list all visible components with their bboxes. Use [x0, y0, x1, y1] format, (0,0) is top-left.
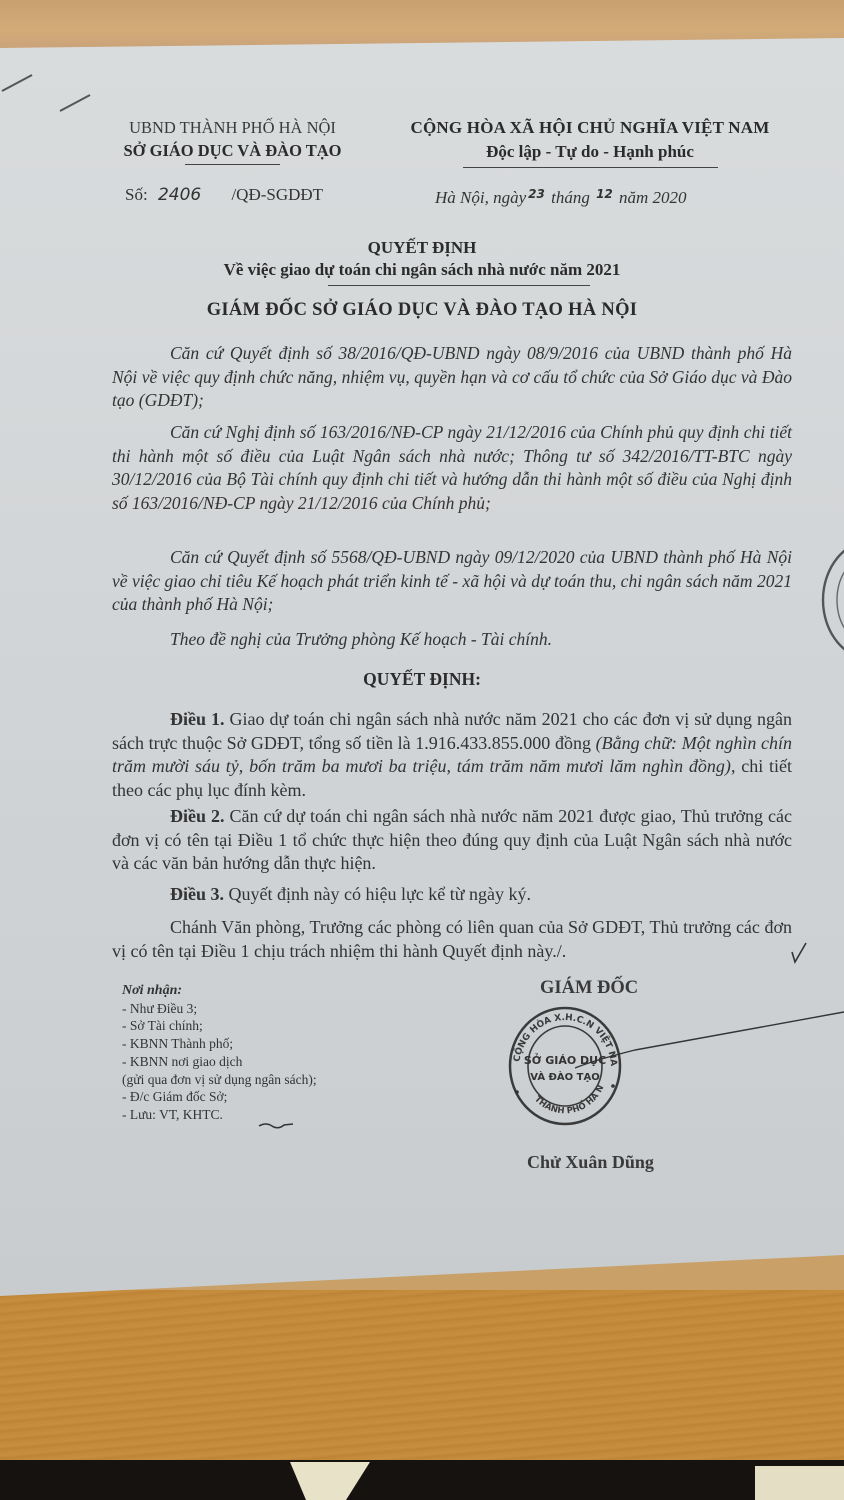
signer-name: Chử Xuân Dũng — [527, 1152, 654, 1173]
document-type: QUYẾT ĐỊNH — [0, 238, 844, 258]
decision-document: UBND THÀNH PHỐ HÀ NỘI SỞ GIÁO DỤC VÀ ĐÀO… — [0, 0, 844, 1500]
nation-name: CỘNG HÒA XÃ HỘI CHỦ NGHĨA VIỆT NAM — [385, 116, 795, 140]
preamble-item: Căn cứ Quyết định số 5568/QĐ-UBND ngày 0… — [112, 546, 792, 617]
divider — [185, 164, 280, 165]
preamble-item: Căn cứ Quyết định số 38/2016/QĐ-UBND ngà… — [112, 342, 792, 413]
recipient-item: - KBNN nơi giao dịch — [122, 1053, 317, 1071]
handwritten-number: 2406 — [158, 185, 201, 205]
recipient-item: - KBNN Thành phố; — [122, 1035, 317, 1053]
article-label: Điều 1. — [170, 709, 225, 729]
handwritten-day: 23 — [528, 187, 545, 201]
recipients-list: Nơi nhận: - Như Điều 3; - Sở Tài chính; … — [122, 982, 317, 1124]
signer-title: GIÁM ĐỐC — [540, 978, 638, 999]
national-motto: Độc lập - Tự do - Hạnh phúc — [385, 140, 795, 164]
recipient-item: - Sở Tài chính; — [122, 1017, 317, 1035]
issuer-parent: UBND THÀNH PHỐ HÀ NỘI — [105, 116, 360, 139]
article-label: Điều 3. — [170, 884, 224, 904]
closing-clause: Chánh Văn phòng, Trưởng các phòng có liê… — [112, 916, 792, 963]
recipients-heading: Nơi nhận: — [122, 982, 317, 1000]
number-prefix: Số: — [125, 185, 148, 204]
date-place: Hà Nội, ngày — [435, 188, 526, 207]
checkmark-icon — [790, 942, 808, 964]
preamble-item: Theo đề nghị của Trưởng phòng Kế hoạch -… — [112, 628, 792, 652]
signature-stroke — [575, 1010, 844, 1070]
national-header: CỘNG HÒA XÃ HỘI CHỦ NGHĨA VIỆT NAM Độc l… — [385, 116, 795, 168]
divider — [463, 167, 718, 168]
preamble-item: Căn cứ Nghị định số 163/2016/NĐ-CP ngày … — [112, 421, 792, 515]
handwritten-month: 12 — [596, 187, 613, 201]
initials-scribble — [258, 1120, 294, 1130]
document-date: Hà Nội, ngày23 tháng 12 năm 2020 — [435, 187, 687, 208]
article-2: Điều 2. Căn cứ dự toán chi ngân sách nhà… — [112, 805, 792, 876]
recipient-item: - Như Điều 3; — [122, 1000, 317, 1018]
number-suffix: /QĐ-SGDĐT — [231, 185, 323, 204]
document-subject: Về việc giao dự toán chi ngân sách nhà n… — [0, 260, 844, 280]
month-label: tháng — [551, 188, 590, 207]
divider — [328, 285, 590, 286]
document-number: Số: 2406 /QĐ-SGDĐT — [125, 185, 323, 205]
svg-text:VÀ ĐÀO TẠO: VÀ ĐÀO TẠO — [530, 1070, 599, 1083]
year-label: năm 2020 — [619, 188, 687, 207]
issuing-authority: GIÁM ĐỐC SỞ GIÁO DỤC VÀ ĐÀO TẠO HÀ NỘI — [0, 300, 844, 321]
recipient-item: - Đ/c Giám đốc Sở; — [122, 1088, 317, 1106]
recipient-item: (gửi qua đơn vị sử dụng ngân sách); — [122, 1071, 317, 1089]
issuer-name: SỞ GIÁO DỤC VÀ ĐÀO TẠO — [105, 139, 360, 162]
article-1: Điều 1. Giao dự toán chi ngân sách nhà n… — [112, 708, 792, 802]
article-3: Điều 3. Quyết định này có hiệu lực kể từ… — [112, 883, 792, 907]
issuer-block: UBND THÀNH PHỐ HÀ NỘI SỞ GIÁO DỤC VÀ ĐÀO… — [105, 116, 360, 165]
article-label: Điều 2. — [170, 806, 225, 826]
partial-seal-icon — [815, 535, 844, 665]
decision-heading: QUYẾT ĐỊNH: — [0, 669, 844, 690]
